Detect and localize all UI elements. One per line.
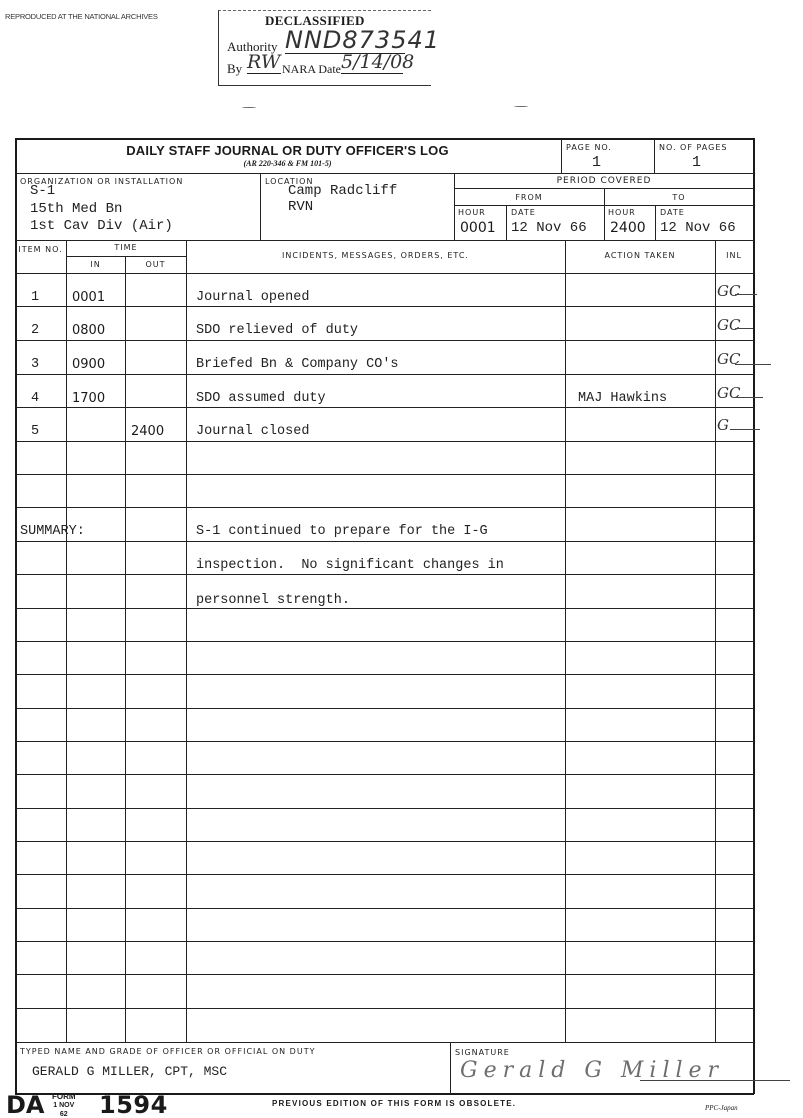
entry-action-taken: MAJ Hawkins xyxy=(578,391,667,406)
row-divider xyxy=(15,273,754,274)
organization-line-1: S-1 xyxy=(30,183,55,199)
row-divider xyxy=(15,541,754,542)
page-no-value: 1 xyxy=(592,154,601,171)
stamp-date-value: 5/14/08 xyxy=(341,51,403,74)
divider xyxy=(506,205,507,240)
col-incidents: INCIDENTS, MESSAGES, ORDERS, ETC. xyxy=(186,251,565,260)
row-divider xyxy=(15,908,754,909)
row-divider xyxy=(15,1008,754,1009)
col-action-taken: ACTION TAKEN xyxy=(565,251,715,260)
divider xyxy=(655,205,656,240)
entry-time-in: 0900 xyxy=(72,357,105,372)
entry-incident: Journal opened xyxy=(196,290,309,305)
summary-line-1: S-1 continued to prepare for the I-G xyxy=(196,524,488,539)
to-label: TO xyxy=(604,193,754,202)
col-in: IN xyxy=(66,260,125,269)
no-of-pages-label: NO. OF PAGES xyxy=(659,143,727,152)
row-divider xyxy=(15,507,754,508)
entry-incident: SDO assumed duty xyxy=(196,391,326,406)
row-divider xyxy=(15,407,754,408)
entry-initials: GC xyxy=(717,316,740,334)
no-of-pages-value: 1 xyxy=(692,154,701,171)
divider xyxy=(15,240,754,241)
form-reference: (AR 220-346 & FM 101-5) xyxy=(15,159,560,168)
from-label: FROM xyxy=(454,193,604,202)
entry-item: 3 xyxy=(31,357,39,372)
form-border-right xyxy=(753,138,755,1094)
officer-label: TYPED NAME AND GRADE OF OFFICER OR OFFIC… xyxy=(20,1047,315,1056)
form-word: FORM xyxy=(52,1092,76,1101)
form-title: DAILY STAFF JOURNAL OR DUTY OFFICER'S LO… xyxy=(15,143,560,158)
from-date-label: DATE xyxy=(511,208,536,217)
row-divider xyxy=(15,374,754,375)
entry-item: 4 xyxy=(31,391,39,406)
entry-initials: G xyxy=(717,416,729,434)
printer-mark: PPC-Japan xyxy=(705,1104,738,1112)
row-divider xyxy=(15,306,754,307)
form-date: 1 NOV 62 xyxy=(53,1102,74,1118)
entry-initials: GC xyxy=(717,350,740,368)
to-date-value: 12 Nov 66 xyxy=(660,220,736,236)
entry-initials: GC xyxy=(717,282,740,300)
archive-note: REPRODUCED AT THE NATIONAL ARCHIVES xyxy=(5,12,158,21)
stamp-nara-label: NARA Date xyxy=(282,62,341,77)
entry-incident: SDO relieved of duty xyxy=(196,323,358,338)
entry-incident: Briefed Bn & Company CO's xyxy=(196,357,399,372)
summary-line-3: personnel strength. xyxy=(196,593,350,608)
row-divider xyxy=(15,941,754,942)
col-inl: INL xyxy=(715,251,753,260)
officer-name: GERALD G MILLER, CPT, MSC xyxy=(32,1064,227,1079)
divider xyxy=(66,256,186,257)
entry-item: 5 xyxy=(31,424,39,439)
divider xyxy=(654,138,655,173)
divider xyxy=(561,138,562,173)
to-date-label: DATE xyxy=(660,208,685,217)
from-hour-label: HOUR xyxy=(458,208,486,217)
col-time: TIME xyxy=(66,243,186,252)
row-divider xyxy=(15,474,754,475)
to-hour-value: 2400 xyxy=(610,220,646,236)
organization-line-3: 1st Cav Div (Air) xyxy=(30,218,173,234)
divider xyxy=(450,1042,451,1094)
initials-stroke xyxy=(735,294,757,295)
organization-line-2: 15th Med Bn xyxy=(30,201,122,217)
entry-initials: GC xyxy=(717,384,740,402)
initials-stroke xyxy=(730,429,760,430)
form-border-left xyxy=(15,138,17,1094)
entry-time-in: 1700 xyxy=(72,391,105,406)
location-line-1: Camp Radcliff xyxy=(288,183,397,199)
divider xyxy=(260,173,261,240)
initials-stroke xyxy=(735,364,771,365)
form-border-top xyxy=(15,138,754,140)
initials-stroke xyxy=(735,328,753,329)
from-hour-value: 0001 xyxy=(460,220,496,236)
period-covered-label: PERIOD COVERED xyxy=(454,176,754,186)
entry-time-in: 0800 xyxy=(72,323,105,338)
entry-item: 1 xyxy=(31,290,39,305)
location-line-2: RVN xyxy=(288,199,313,215)
stamp-by-value: RW xyxy=(247,51,281,74)
entry-time-out: 2400 xyxy=(131,424,164,439)
summary-line-2: inspection. No significant changes in xyxy=(196,558,504,573)
stray-mark xyxy=(514,106,528,107)
col-out: OUT xyxy=(125,260,186,269)
row-divider xyxy=(15,874,754,875)
form-prefix: DA xyxy=(6,1091,45,1118)
page-no-label: PAGE NO. xyxy=(566,143,612,152)
stamp-by-label: By xyxy=(227,61,242,77)
row-divider xyxy=(15,974,754,975)
row-divider xyxy=(15,441,754,442)
row-divider xyxy=(15,774,754,775)
row-divider xyxy=(15,574,754,575)
from-date-value: 12 Nov 66 xyxy=(511,220,587,236)
row-divider xyxy=(15,641,754,642)
form-word-and-date: FORM 1 NOV 62 xyxy=(52,1093,76,1118)
initials-stroke xyxy=(735,397,763,398)
declassified-stamp: DECLASSIFIED Authority NND873541 By RW N… xyxy=(218,10,431,86)
row-divider xyxy=(15,674,754,675)
row-divider xyxy=(15,808,754,809)
obsolete-note: PREVIOUS EDITION OF THIS FORM IS OBSOLET… xyxy=(272,1099,516,1108)
to-hour-label: HOUR xyxy=(608,208,636,217)
entry-incident: Journal closed xyxy=(196,424,309,439)
divider xyxy=(15,173,754,174)
row-divider xyxy=(15,1042,754,1043)
row-divider xyxy=(15,841,754,842)
signature-stroke xyxy=(640,1080,790,1081)
row-divider xyxy=(15,741,754,742)
stamp-authority-value: NND873541 xyxy=(285,27,405,54)
row-divider xyxy=(15,340,754,341)
signature-label: SIGNATURE xyxy=(455,1048,510,1057)
summary-label: SUMMARY: xyxy=(20,524,85,539)
entry-time-in: 0001 xyxy=(72,290,105,305)
divider xyxy=(604,188,605,240)
form-number: 1594 xyxy=(99,1091,168,1118)
stray-mark xyxy=(242,107,256,108)
entry-item: 2 xyxy=(31,323,39,338)
row-divider xyxy=(15,608,754,609)
row-divider xyxy=(15,708,754,709)
col-item-no: ITEM NO. xyxy=(15,245,66,255)
